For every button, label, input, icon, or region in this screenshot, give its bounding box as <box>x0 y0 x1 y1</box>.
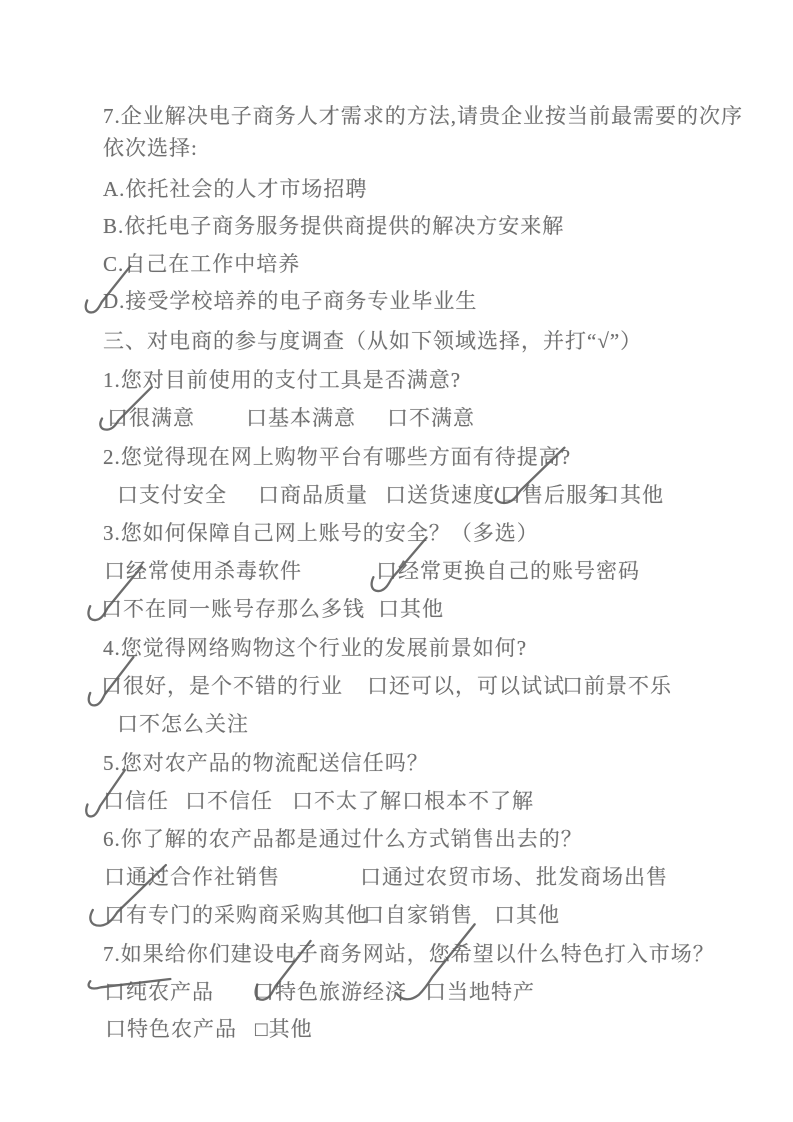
option-dedicated-purchaser: 口有专门的采购商采购其他 <box>104 903 368 927</box>
option-very-good-industry: 口很好，是个不错的行业 <box>101 674 343 698</box>
s2-q7-option-d: D.接受学校培养的电子商务专业毕业生 <box>103 289 477 313</box>
option-not-satisfied: 口不满意 <box>387 406 475 430</box>
s2-q7-text-line2: 依次选择: <box>103 136 198 160</box>
section3-heading: 三、对电商的参与度调查（从如下领域选择，并打“√”） <box>103 329 642 353</box>
option-tourism-economy: 口特色旅游经济 <box>253 980 407 1004</box>
s3-q7-text: 7.如果给你们建设电子商务网站，您希望以什么特色打入市场？ <box>103 942 715 966</box>
option-not-know-at-all: 口根本不了解 <box>402 789 534 813</box>
option-q7-other: □其他 <box>255 1017 313 1041</box>
option-change-password: 口经常更换自己的账号密码 <box>376 559 640 583</box>
option-product-quality: 口商品质量 <box>258 483 368 507</box>
option-payment-security: 口支付安全 <box>117 483 227 507</box>
option-self-sales: 口自家销售 <box>363 903 473 927</box>
option-cooperative-sales: 口通过合作社销售 <box>104 865 280 889</box>
option-very-satisfied: 口很满意 <box>107 406 195 430</box>
option-okay-can-try: 口还可以，可以试试 <box>367 674 565 698</box>
option-no-trust: 口不信任 <box>185 789 273 813</box>
option-not-much-money: 口不在同一账号存那么多钱 <box>101 597 365 621</box>
option-trust: 口信任 <box>103 789 169 813</box>
s2-q7-option-b: B.依托电子商务服务提供商提供的解决方安来解 <box>103 214 564 238</box>
s3-q4-text: 4.您觉得网络购物这个行业的发展前景如何? <box>103 636 527 660</box>
option-delivery-speed: 口送货速度 <box>385 483 495 507</box>
s2-q7-text-line1: 7.企业解决电子商务人才需求的方法,请贵企业按当前最需要的次序 <box>103 104 743 128</box>
option-farmers-market: 口通过农贸市场、批发商场出售 <box>360 865 668 889</box>
s3-q3-text: 3.您如何保障自己网上账号的安全？（多选） <box>103 521 539 545</box>
option-prospect-not-optimistic: 口前景不乐 <box>562 674 672 698</box>
s3-q2-text: 2.您觉得现在网上购物平台有哪些方面有待提高? <box>103 445 571 469</box>
option-pure-agri-products: 口纯农产品 <box>104 980 214 1004</box>
option-basically-satisfied: 口基本满意 <box>246 406 356 430</box>
option-q3-other: 口其他 <box>378 597 444 621</box>
option-not-know-much: 口不太了解 <box>292 789 402 813</box>
s2-q7-option-a: A.依托社会的人才市场招聘 <box>103 177 367 201</box>
option-after-sales-service: 口售后服务 <box>500 483 610 507</box>
option-q2-other: 口其他 <box>598 483 664 507</box>
s2-q7-option-c: C.自己在工作中培养 <box>103 252 300 276</box>
option-not-paying-attention: 口不怎么关注 <box>117 712 249 736</box>
s3-q6-text: 6.你了解的农产品都是通过什么方式销售出去的？ <box>103 827 583 851</box>
scanned-questionnaire-page: 7.企业解决电子商务人才需求的方法,请贵企业按当前最需要的次序依次选择:A.依托… <box>0 0 793 1122</box>
option-special-agri-products: 口特色农产品 <box>105 1017 237 1041</box>
option-q6-other: 口其他 <box>494 903 560 927</box>
option-local-specialty: 口当地特产 <box>425 980 535 1004</box>
option-antivirus-software: 口经常使用杀毒软件 <box>104 559 302 583</box>
s3-q5-text: 5.您对农产品的物流配送信任吗？ <box>103 751 429 775</box>
s3-q1-text: 1.您对目前使用的支付工具是否满意? <box>103 368 461 392</box>
